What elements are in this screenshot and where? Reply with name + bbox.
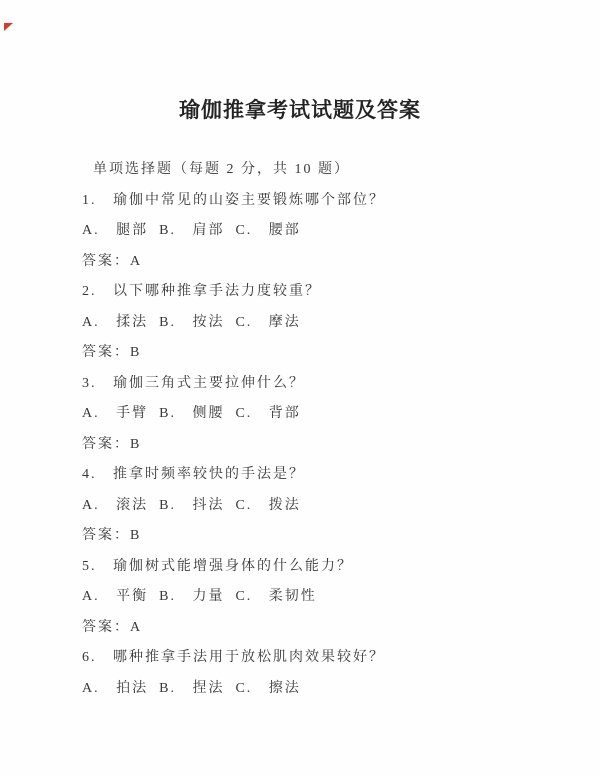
q3-options: A. 手臂 B. 侧腰 C. 背部: [82, 399, 570, 430]
q4-options: A. 滚法 B. 抖法 C. 拨法: [82, 491, 570, 522]
section-header: 单项选择题（每题 2 分，共 10 题）: [82, 155, 570, 186]
document-page: 瑜伽推拿考试试题及答案 单项选择题（每题 2 分，共 10 题） 1. 瑜伽中常…: [0, 0, 600, 776]
q3-answer: 答案：B: [82, 430, 570, 461]
q1-question: 1. 瑜伽中常见的山姿主要锻炼哪个部位？: [82, 186, 570, 217]
red-corner-marker: [4, 23, 13, 31]
document-body: 单项选择题（每题 2 分，共 10 题） 1. 瑜伽中常见的山姿主要锻炼哪个部位…: [82, 155, 570, 704]
q4-question: 4. 推拿时频率较快的手法是？: [82, 460, 570, 491]
q6-question: 6. 哪种推拿手法用于放松肌肉效果较好？: [82, 643, 570, 674]
q4-answer: 答案：B: [82, 521, 570, 552]
document-title: 瑜伽推拿考试试题及答案: [0, 96, 600, 124]
q6-options: A. 拍法 B. 捏法 C. 擦法: [82, 674, 570, 705]
q1-answer: 答案：A: [82, 247, 570, 278]
q5-question: 5. 瑜伽树式能增强身体的什么能力？: [82, 552, 570, 583]
q1-options: A. 腿部 B. 肩部 C. 腰部: [82, 216, 570, 247]
questions: 1. 瑜伽中常见的山姿主要锻炼哪个部位？A. 腿部 B. 肩部 C. 腰部答案：…: [82, 186, 570, 705]
q2-options: A. 揉法 B. 按法 C. 摩法: [82, 308, 570, 339]
q2-question: 2. 以下哪种推拿手法力度较重？: [82, 277, 570, 308]
q2-answer: 答案：B: [82, 338, 570, 369]
q5-answer: 答案：A: [82, 613, 570, 644]
q5-options: A. 平衡 B. 力量 C. 柔韧性: [82, 582, 570, 613]
q3-question: 3. 瑜伽三角式主要拉伸什么？: [82, 369, 570, 400]
